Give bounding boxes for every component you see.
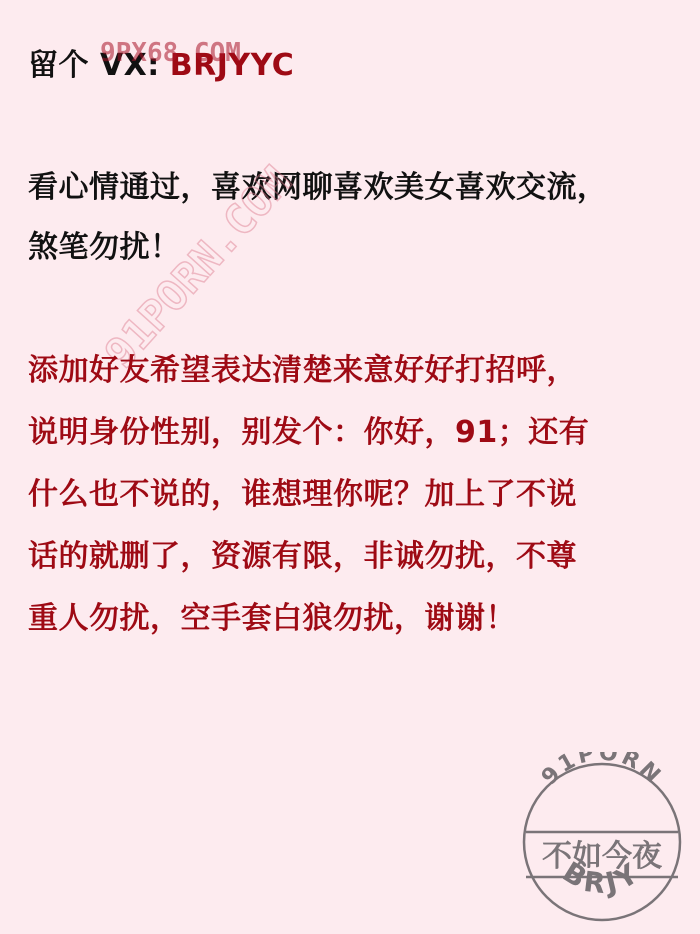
paragraph-2-line: 什么也不说的，谁想理你呢？加上了不说 bbox=[28, 469, 577, 513]
contact-id: BRJYYC bbox=[170, 48, 295, 83]
paragraph-2-line: 话的就删了，资源有限，非诚勿扰，不尊 bbox=[28, 531, 577, 575]
paragraph-2-line: 说明身份性别，别发个：你好，91；还有 bbox=[28, 407, 589, 451]
paragraph-2-line: 重人勿扰，空手套白狼勿扰，谢谢！ bbox=[28, 593, 516, 637]
paragraph-2-line: 添加好友希望表达清楚来意好好打招呼， bbox=[28, 345, 577, 389]
contact-label: 留个 VX: bbox=[28, 48, 160, 83]
paragraph-1-line: 看心情通过，喜欢网聊喜欢美女喜欢交流， bbox=[28, 162, 608, 206]
svg-text:91PORN: 91PORN bbox=[537, 752, 667, 790]
contact-heading: 留个 VX:BRJYYC bbox=[28, 40, 294, 84]
paragraph-1-line: 煞笔勿扰！ bbox=[28, 222, 181, 266]
stamp-seal: 91PORN 不如今夜 BRJY bbox=[512, 752, 692, 928]
stamp-seal-icon: 91PORN 不如今夜 BRJY bbox=[512, 752, 692, 928]
stamp-top-text: 91PORN bbox=[537, 752, 667, 790]
